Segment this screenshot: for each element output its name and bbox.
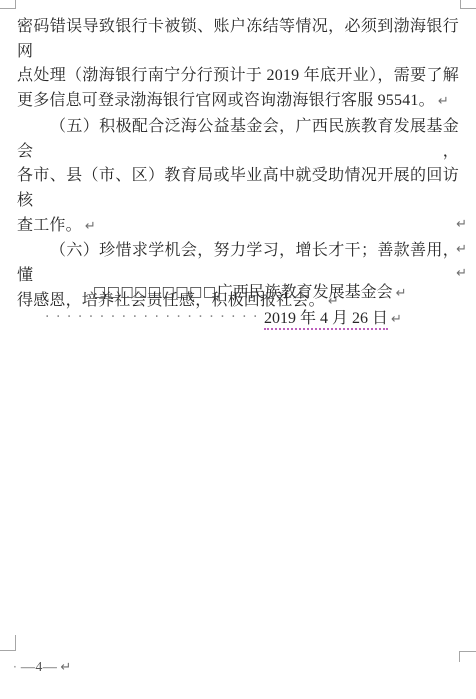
text-line: 查工作。↵ (17, 214, 459, 240)
text-line: 各市、县（市、区）教育局或毕业高中就受助情况开展的回访核 (17, 164, 459, 213)
page-footer: ·—4—↵ (13, 658, 71, 677)
fullwidth-space-marks: □□□□□□□□□ (93, 284, 217, 300)
text-line: 更多信息可登录渤海银行官网或咨询渤海银行客服 95541。↵ (17, 89, 459, 115)
pilcrow-mark-icon: ↵ (456, 217, 467, 232)
signature-date: 2019 年 4 月 26 日 (264, 310, 388, 330)
text-line: （五）积极配合泛海公益基金会，广西民族教育发展基金会， (17, 115, 459, 164)
date-line: ····················2019 年 4 月 26 日↵ (45, 306, 402, 331)
pilcrow-mark-icon: ↵ (391, 312, 402, 327)
page-number: —4— (21, 660, 58, 675)
pilcrow-mark-icon: ↵ (60, 660, 71, 675)
signature-organization: 广西民族教育发展基金会 (217, 284, 393, 301)
signature-line: □□□□□□□□□广西民族教育发展基金会↵ (93, 281, 406, 305)
space-dot-marks: ···················· (45, 309, 264, 325)
empty-paragraph: ↵ (437, 261, 467, 287)
text-line: 密码错误导致银行卡被锁、账户冻结等情况，必须到渤海银行网 (17, 15, 459, 64)
text-line: 点处理（渤海银行南宁分行预计于 2019 年底开业），需要了解 (17, 64, 459, 89)
pilcrow-mark-icon: ↵ (85, 219, 96, 234)
text-line-content: 更多信息可登录渤海银行官网或咨询渤海银行客服 95541。 (17, 92, 435, 109)
pilcrow-mark-icon: ↵ (438, 94, 449, 109)
pilcrow-mark-icon: ↵ (396, 286, 407, 301)
pilcrow-mark-icon: ↵ (456, 242, 467, 257)
space-dot-mark: · (13, 660, 17, 674)
text-boundary-mark-top-left (0, 0, 16, 9)
text-boundary-mark-bottom-left (0, 635, 16, 651)
text-boundary-mark-bottom-right (459, 651, 476, 662)
text-line-content: 查工作。 (17, 217, 82, 234)
text-boundary-mark-top-right (460, 0, 476, 9)
document-page: 密码错误导致银行卡被锁、账户冻结等情况，必须到渤海银行网 点处理（渤海银行南宁分… (0, 0, 476, 699)
empty-paragraph: ↵ (437, 237, 467, 263)
pilcrow-mark-icon: ↵ (456, 266, 467, 281)
empty-paragraph: ↵ (437, 212, 467, 238)
document-body: 密码错误导致银行卡被锁、账户冻结等情况，必须到渤海银行网 点处理（渤海银行南宁分… (17, 15, 459, 314)
